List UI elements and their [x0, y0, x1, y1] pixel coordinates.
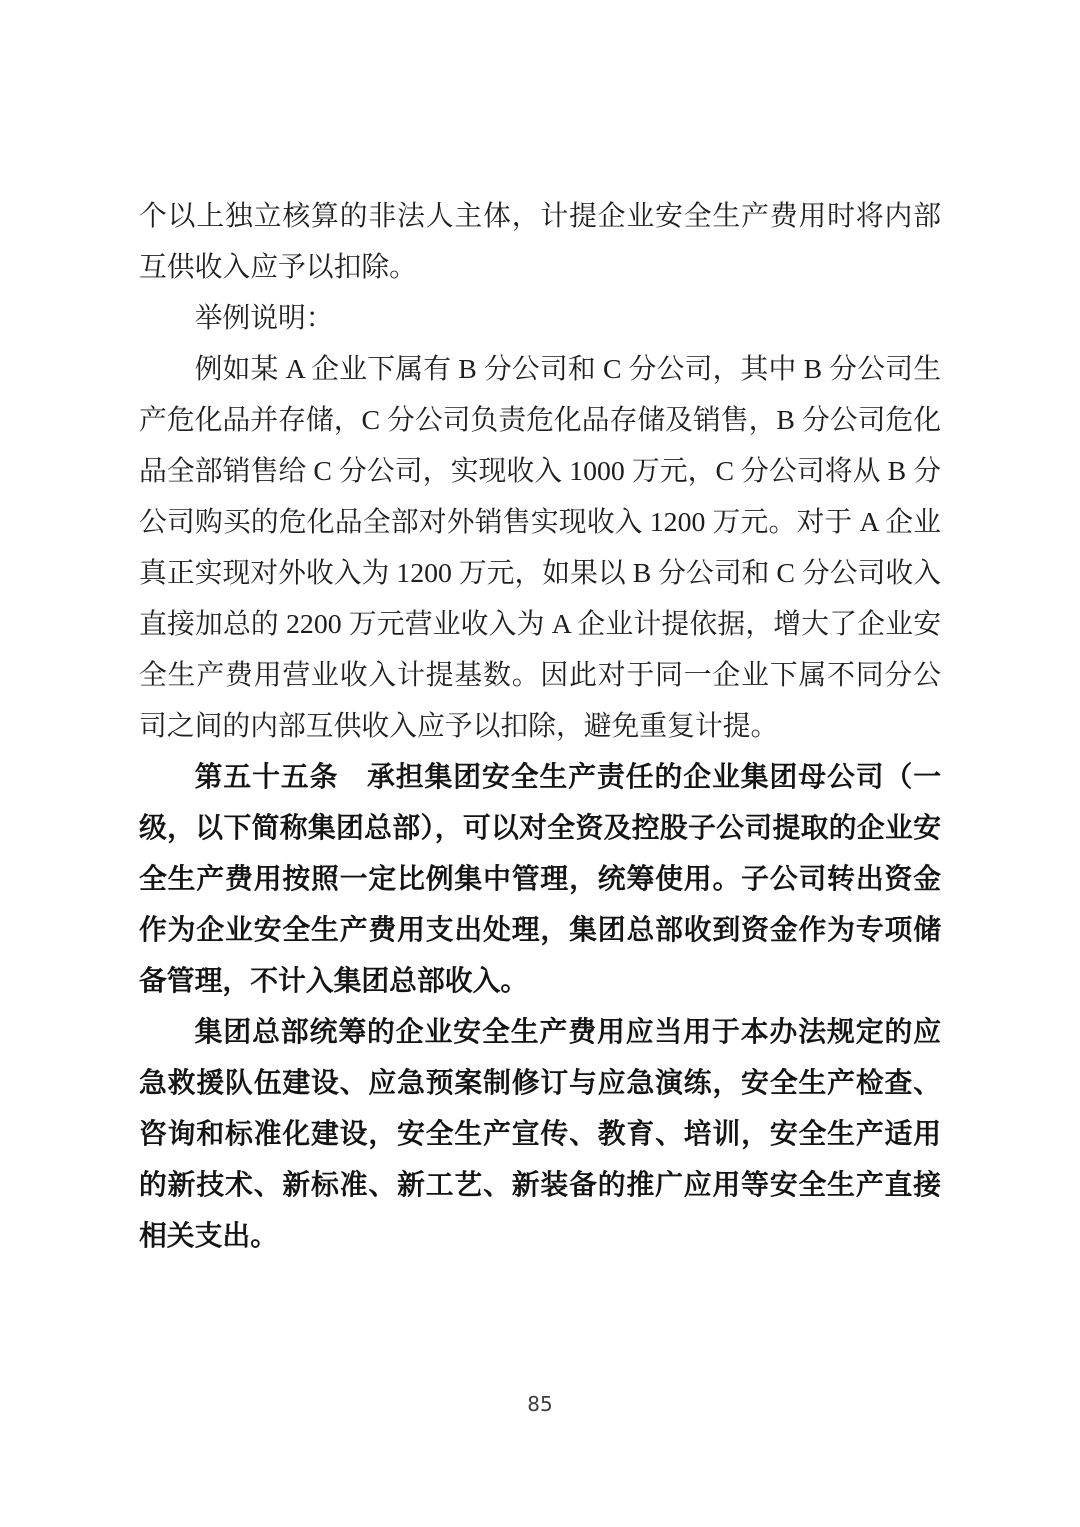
- paragraph-example-label: 举例说明：: [139, 293, 941, 344]
- paragraph-article-55-scope: 集团总部统筹的企业安全生产费用应当用于本办法规定的应急救援队伍建设、应急预案制修…: [139, 1007, 941, 1262]
- document-page: 个以上独立核算的非法人主体，计提企业安全生产费用时将内部互供收入应予以扣除。 举…: [0, 0, 1080, 1527]
- paragraph-example-body: 例如某 A 企业下属有 B 分公司和 C 分公司，其中 B 分公司生产危化品并存…: [139, 344, 941, 752]
- page-number: 85: [0, 1392, 1080, 1416]
- paragraph-continuation: 个以上独立核算的非法人主体，计提企业安全生产费用时将内部互供收入应予以扣除。: [139, 191, 941, 293]
- paragraph-article-55: 第五十五条 承担集团安全生产责任的企业集团母公司（一级，以下简称集团总部），可以…: [139, 752, 941, 1007]
- document-body: 个以上独立核算的非法人主体，计提企业安全生产费用时将内部互供收入应予以扣除。 举…: [139, 191, 941, 1262]
